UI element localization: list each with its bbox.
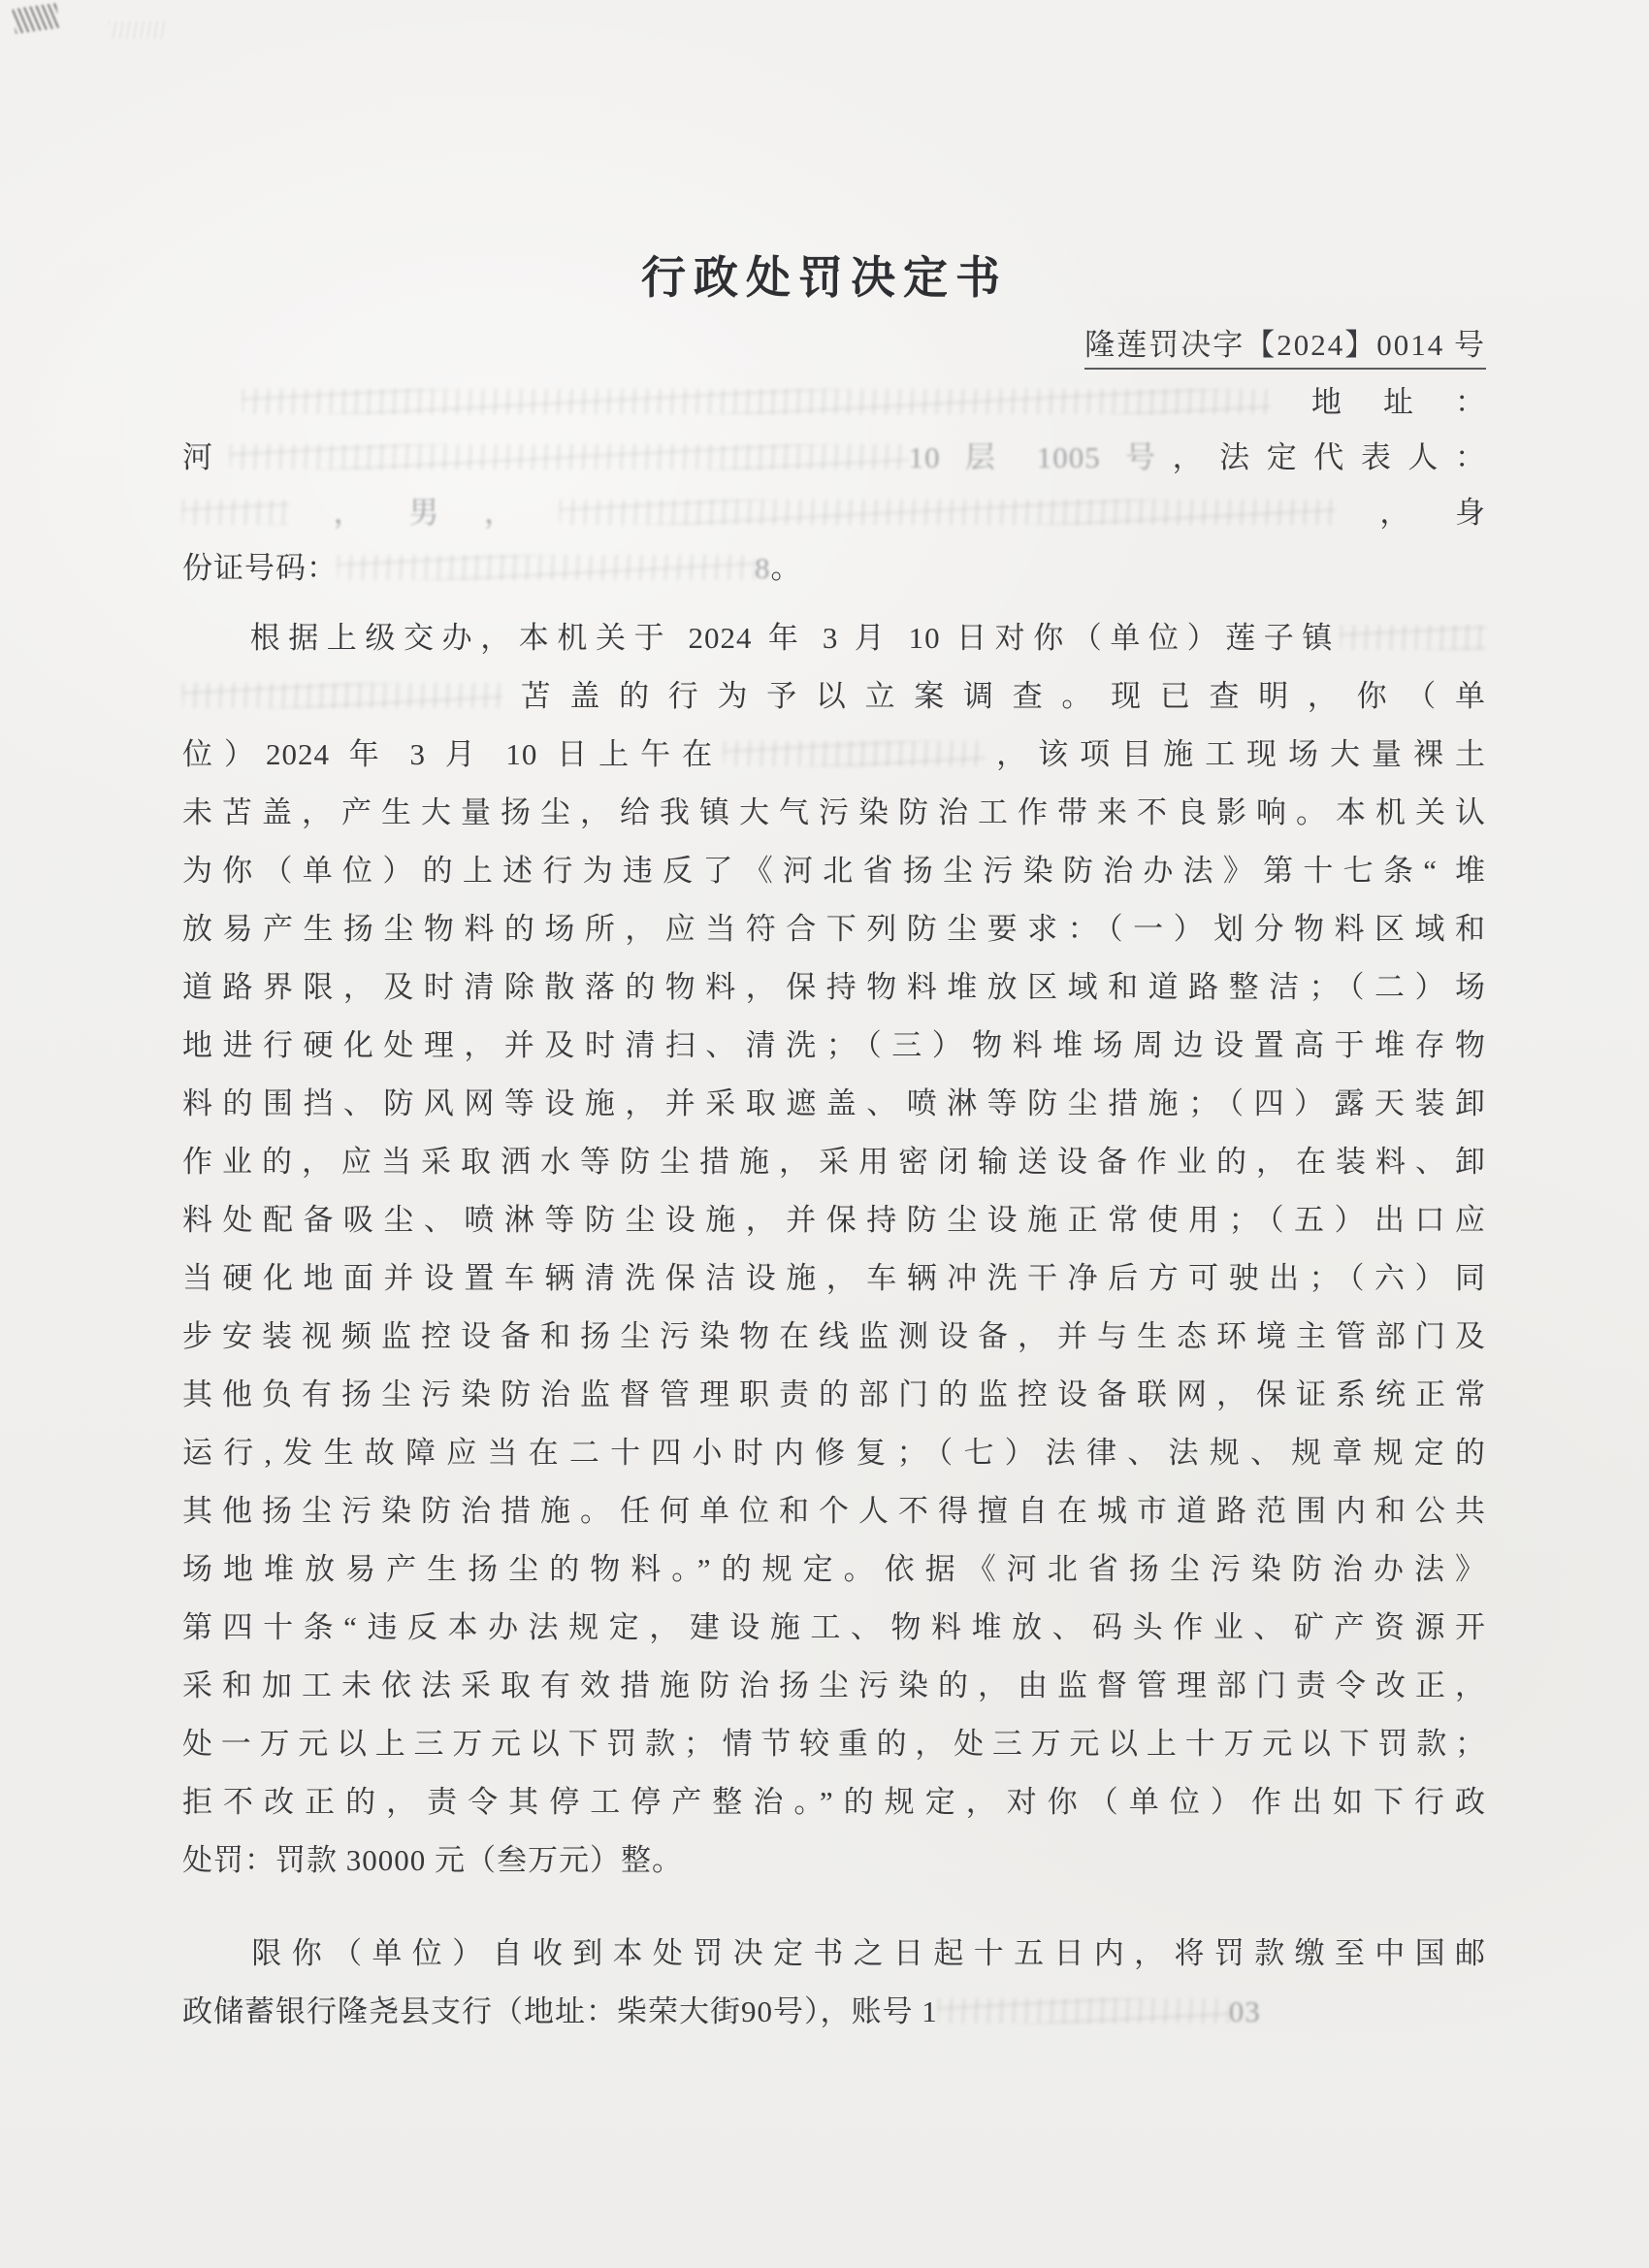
findings-line-5: 为你（单位）的上述行为违反了《河北省扬尘污染防治办法》第十七条“ 堆: [182, 842, 1486, 900]
text-segment: 步安装视频监控设备和扬尘污染物在线监测设备，并与生态环境主管部门及: [182, 1319, 1486, 1353]
recipient-line-4: 份证号码：8。: [182, 540, 1486, 596]
findings-line-15: 运行,发生故障应当在二十四小时内修复；（七）法律、法规、规章规定的: [182, 1424, 1486, 1482]
document-lines: 地址：河10 层 1005 号，法定代表人：，男，，身份证号码：8。根据上级交办…: [182, 374, 1486, 2041]
findings-line-13: 步安装视频监控设备和扬尘污染物在线监测设备，并与生态环境主管部门及: [182, 1308, 1486, 1366]
text-segment: 采和加工未依法采取有效措施防治扬尘污染的，由监督管理部门责令改正，: [182, 1669, 1486, 1702]
findings-line-1: 根据上级交办，本机关于 2024 年 3 月 10 日对你（单位）莲子镇: [182, 609, 1486, 667]
recipient-line-2: 河10 层 1005 号，法定代表人：: [182, 430, 1486, 485]
findings-line-18: 第四十条“违反本办法规定，建设施工、物料堆放、码头作业、矿产资源开: [182, 1599, 1486, 1657]
text-segment: 苫盖的行为予以立案调查。现已查明，你（单: [502, 679, 1486, 713]
text-segment: 地进行硬化处理，并及时清扫、清洗；（三）物料堆场周边设置高于堆存物: [182, 1028, 1486, 1062]
recipient-line-1: 地址：: [182, 374, 1486, 430]
text-segment: 料处配备吸尘、喷淋等防尘设施，并保持防尘设施正常使用；（五）出口应: [182, 1203, 1486, 1237]
findings-line-3: 位）2024 年 3 月 10 日上午在，该项目施工现场大量裸土: [182, 726, 1486, 784]
text-segment: 第四十条“违反本办法规定，建设施工、物料堆放、码头作业、矿产资源开: [182, 1610, 1486, 1644]
scan-artifact: [12, 3, 59, 34]
text-segment: 未苫盖，产生大量扬尘，给我镇大气污染防治工作带来不良影响。本机关认: [182, 795, 1486, 829]
text-segment: 拒不改正的，责令其停工停产整治。”的规定，对你（单位）作出如下行政: [182, 1785, 1486, 1819]
redacted-region: [560, 500, 1336, 525]
text-segment: 根据上级交办，本机关于 2024 年 3 月 10 日对你（单位）莲子镇: [242, 621, 1341, 655]
text-segment: 地址：: [1271, 385, 1486, 419]
text-segment: 位）2024 年 3 月 10 日上午在: [182, 737, 724, 771]
findings-line-10: 作业的，应当采取洒水等防尘措施，采用密闭输送设备作业的，在装料、卸: [182, 1133, 1486, 1191]
text-segment: 。: [771, 551, 802, 585]
redacted-region: [182, 683, 502, 708]
text-segment: 料的围挡、防风网等设施，并采取遮盖、喷淋等防尘措施；（四）露天装卸: [182, 1086, 1486, 1120]
document-number: 隆莲罚决字【2024】0014 号: [1084, 320, 1486, 370]
findings-line-2: 苫盖的行为予以立案调查。现已查明，你（单: [182, 667, 1486, 726]
penalty-amount-line: 处罚：罚款 30000 元（叁万元）整。: [182, 1831, 1486, 1890]
faded-text: 03: [1229, 1994, 1261, 2028]
faded-text: 10 层 1005 号: [909, 440, 1173, 474]
redacted-region: [182, 500, 289, 525]
text-segment: 政储蓄银行隆尧县支行（地址：柴荣大街90号），账号 1: [182, 1994, 938, 2028]
findings-line-17: 场地堆放易产生扬尘的物料。”的规定。依据《河北省扬尘污染防治办法》: [182, 1540, 1486, 1599]
text-segment: 道路界限，及时清除散落的物料，保持物料堆放区域和道路整洁；（二）场: [182, 970, 1486, 1004]
findings-line-6: 放易产生扬尘物料的场所，应当符合下列防尘要求：（一）划分物料区域和: [182, 900, 1486, 958]
findings-line-11: 料处配备吸尘、喷淋等防尘设施，并保持防尘设施正常使用；（五）出口应: [182, 1191, 1486, 1249]
text-segment: 其他扬尘污染防治措施。任何单位和个人不得擅自在城市道路范围内和公共: [182, 1494, 1486, 1528]
text-segment: ，该项目施工现场大量裸土: [986, 737, 1486, 771]
recipient-line-3: ，男，，身: [182, 485, 1486, 540]
text-segment: ，身: [1336, 496, 1486, 530]
text-segment: 为你（单位）的上述行为违反了《河北省扬尘污染防治办法》第十七条“ 堆: [182, 854, 1486, 888]
text-segment: 当硬化地面并设置车辆清洗保洁设施，车辆冲洗干净后方可驶出；（六）同: [182, 1261, 1486, 1295]
text-segment: ，法定代表人：: [1173, 440, 1486, 474]
page-title: 行政处罚决定书: [0, 243, 1649, 307]
text-segment: 河: [182, 440, 230, 474]
faded-text: ，男，: [289, 496, 560, 530]
text-segment: 限你（单位）自收到本处罚决定书之日起十五日内，将罚款缴至中国邮: [242, 1936, 1486, 1970]
redacted-region: [938, 1998, 1229, 2024]
findings-line-21: 拒不改正的，责令其停工停产整治。”的规定，对你（单位）作出如下行政: [182, 1773, 1486, 1831]
text-segment: 放易产生扬尘物料的场所，应当符合下列防尘要求：（一）划分物料区域和: [182, 912, 1486, 946]
findings-line-9: 料的围挡、防风网等设施，并采取遮盖、喷淋等防尘措施；（四）露天装卸: [182, 1075, 1486, 1133]
document-page: 行政处罚决定书 隆莲罚决字【2024】0014 号 地址：河10 层 1005 …: [0, 0, 1649, 2268]
text-segment: 场地堆放易产生扬尘的物料。”的规定。依据《河北省扬尘污染防治办法》: [182, 1552, 1486, 1586]
redacted-region: [242, 389, 1271, 414]
redacted-region: [230, 444, 909, 470]
text-segment: 处罚：罚款 30000 元（叁万元）整。: [182, 1843, 683, 1877]
text-segment: 份证号码：: [182, 551, 338, 585]
findings-line-4: 未苫盖，产生大量扬尘，给我镇大气污染防治工作带来不良影响。本机关认: [182, 784, 1486, 842]
findings-line-16: 其他扬尘污染防治措施。任何单位和个人不得擅自在城市道路范围内和公共: [182, 1482, 1486, 1540]
findings-line-19: 采和加工未依法采取有效措施防治扬尘污染的，由监督管理部门责令改正，: [182, 1657, 1486, 1715]
redacted-region: [338, 555, 755, 580]
faded-text: 8: [755, 551, 771, 585]
findings-line-7: 道路界限，及时清除散落的物料，保持物料堆放区域和道路整洁；（二）场: [182, 958, 1486, 1017]
redacted-region: [724, 741, 986, 766]
payment-line-2: 政储蓄银行隆尧县支行（地址：柴荣大街90号），账号 103: [182, 1983, 1486, 2041]
text-segment: 作业的，应当采取洒水等防尘措施，采用密闭输送设备作业的，在装料、卸: [182, 1145, 1486, 1179]
payment-line-1: 限你（单位）自收到本处罚决定书之日起十五日内，将罚款缴至中国邮: [182, 1925, 1486, 1983]
scan-artifact: [109, 21, 167, 39]
text-segment: 运行,发生故障应当在二十四小时内修复；（七）法律、法规、规章规定的: [182, 1436, 1486, 1470]
findings-line-12: 当硬化地面并设置车辆清洗保洁设施，车辆冲洗干净后方可驶出；（六）同: [182, 1249, 1486, 1308]
text-segment: 其他负有扬尘污染防治监督管理职责的部门的监控设备联网，保证系统正常: [182, 1377, 1486, 1411]
findings-line-14: 其他负有扬尘污染防治监督管理职责的部门的监控设备联网，保证系统正常: [182, 1366, 1486, 1424]
findings-line-20: 处一万元以上三万元以下罚款；情节较重的，处三万元以上十万元以下罚款；: [182, 1715, 1486, 1773]
text-segment: 处一万元以上三万元以下罚款；情节较重的，处三万元以上十万元以下罚款；: [182, 1727, 1486, 1761]
findings-line-8: 地进行硬化处理，并及时清扫、清洗；（三）物料堆场周边设置高于堆存物: [182, 1017, 1486, 1075]
redacted-region: [1341, 625, 1486, 650]
